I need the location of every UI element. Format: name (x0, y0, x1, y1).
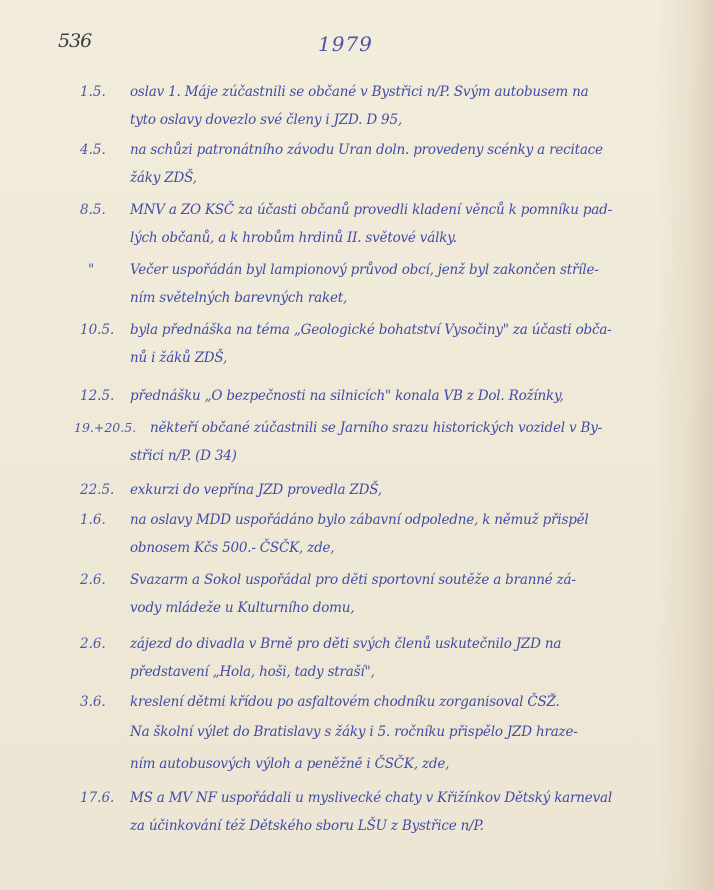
entry-date-ditto: " (88, 262, 94, 278)
entry-text-line: ním světelných barevných raket, (130, 290, 347, 306)
entry-text-line: přednášku „O bezpečnosti na silnicích" k… (130, 388, 564, 404)
entry-text-line: obnosem Kčs 500.- ČSČK, zde, (130, 540, 334, 556)
entry-text-line: na schůzi patronátního závodu Uran doln.… (130, 142, 603, 158)
entry-date: 12.5. (80, 388, 114, 404)
entry-text-line: byla přednáška na téma „Geologické bohat… (130, 322, 612, 338)
entry-date: 2.6. (80, 572, 106, 588)
entry-date: 1.6. (80, 512, 106, 528)
chronicle-page: 536 1979 1.5. oslav 1. Máje zúčastnili s… (0, 0, 713, 890)
page-year-heading: 1979 (318, 32, 373, 56)
entry-text-line: žáky ZDŠ, (130, 170, 197, 186)
page-number: 536 (58, 30, 91, 52)
entry-date: 22.5. (80, 482, 114, 498)
entry-text-line: ním autobusových výloh a peněžně i ČSČK,… (130, 756, 449, 772)
entry-date: 3.6. (80, 694, 106, 710)
entry-text-line: vody mládeže u Kulturního domu, (130, 600, 354, 616)
entry-text-line: tyto oslavy dovezlo své členy i JZD. D 9… (130, 112, 402, 128)
entry-text-line: Svazarm a Sokol uspořádal pro děti sport… (130, 572, 576, 588)
entry-text-line: MS a MV NF uspořádali u myslivecké chaty… (130, 790, 612, 806)
entry-date: 10.5. (80, 322, 114, 338)
entry-date: 2.6. (80, 636, 106, 652)
entry-text-line: představení „Hola, hoši, tady straší", (130, 664, 375, 680)
entry-text-line: střici n/P. (D 34) (130, 448, 237, 464)
entry-text-line: zájezd do divadla v Brně pro děti svých … (130, 636, 561, 652)
entry-text-line: MNV a ZO KSČ za účasti občanů provedli k… (130, 202, 612, 218)
entry-text-line: nů i žáků ZDŠ, (130, 350, 227, 366)
entry-date: 1.5. (80, 84, 106, 100)
entry-text-line: kreslení dětmi křídou po asfaltovém chod… (130, 694, 560, 710)
entry-text-line: za účinkování též Dětského sboru LŠU z B… (130, 818, 484, 834)
entry-date: 8.5. (80, 202, 106, 218)
entry-date: 17.6. (80, 790, 114, 806)
entry-text-line: Na školní výlet do Bratislavy s žáky i 5… (130, 724, 578, 740)
entry-date: 19.+20.5. (74, 420, 136, 435)
entry-text-line: lých občanů, a k hrobům hrdinů II. světo… (130, 230, 457, 246)
entry-text-line: na oslavy MDD uspořádáno bylo zábavní od… (130, 512, 589, 528)
entry-text-line: někteří občané zúčastnili se Jarního sra… (150, 420, 602, 436)
entry-text-line: Večer uspořádán byl lampionový průvod ob… (130, 262, 599, 278)
entry-text-line: oslav 1. Máje zúčastnili se občané v Bys… (130, 84, 588, 100)
entry-text-line: exkurzi do vepřína JZD provedla ZDŠ, (130, 482, 382, 498)
entry-date: 4.5. (80, 142, 106, 158)
